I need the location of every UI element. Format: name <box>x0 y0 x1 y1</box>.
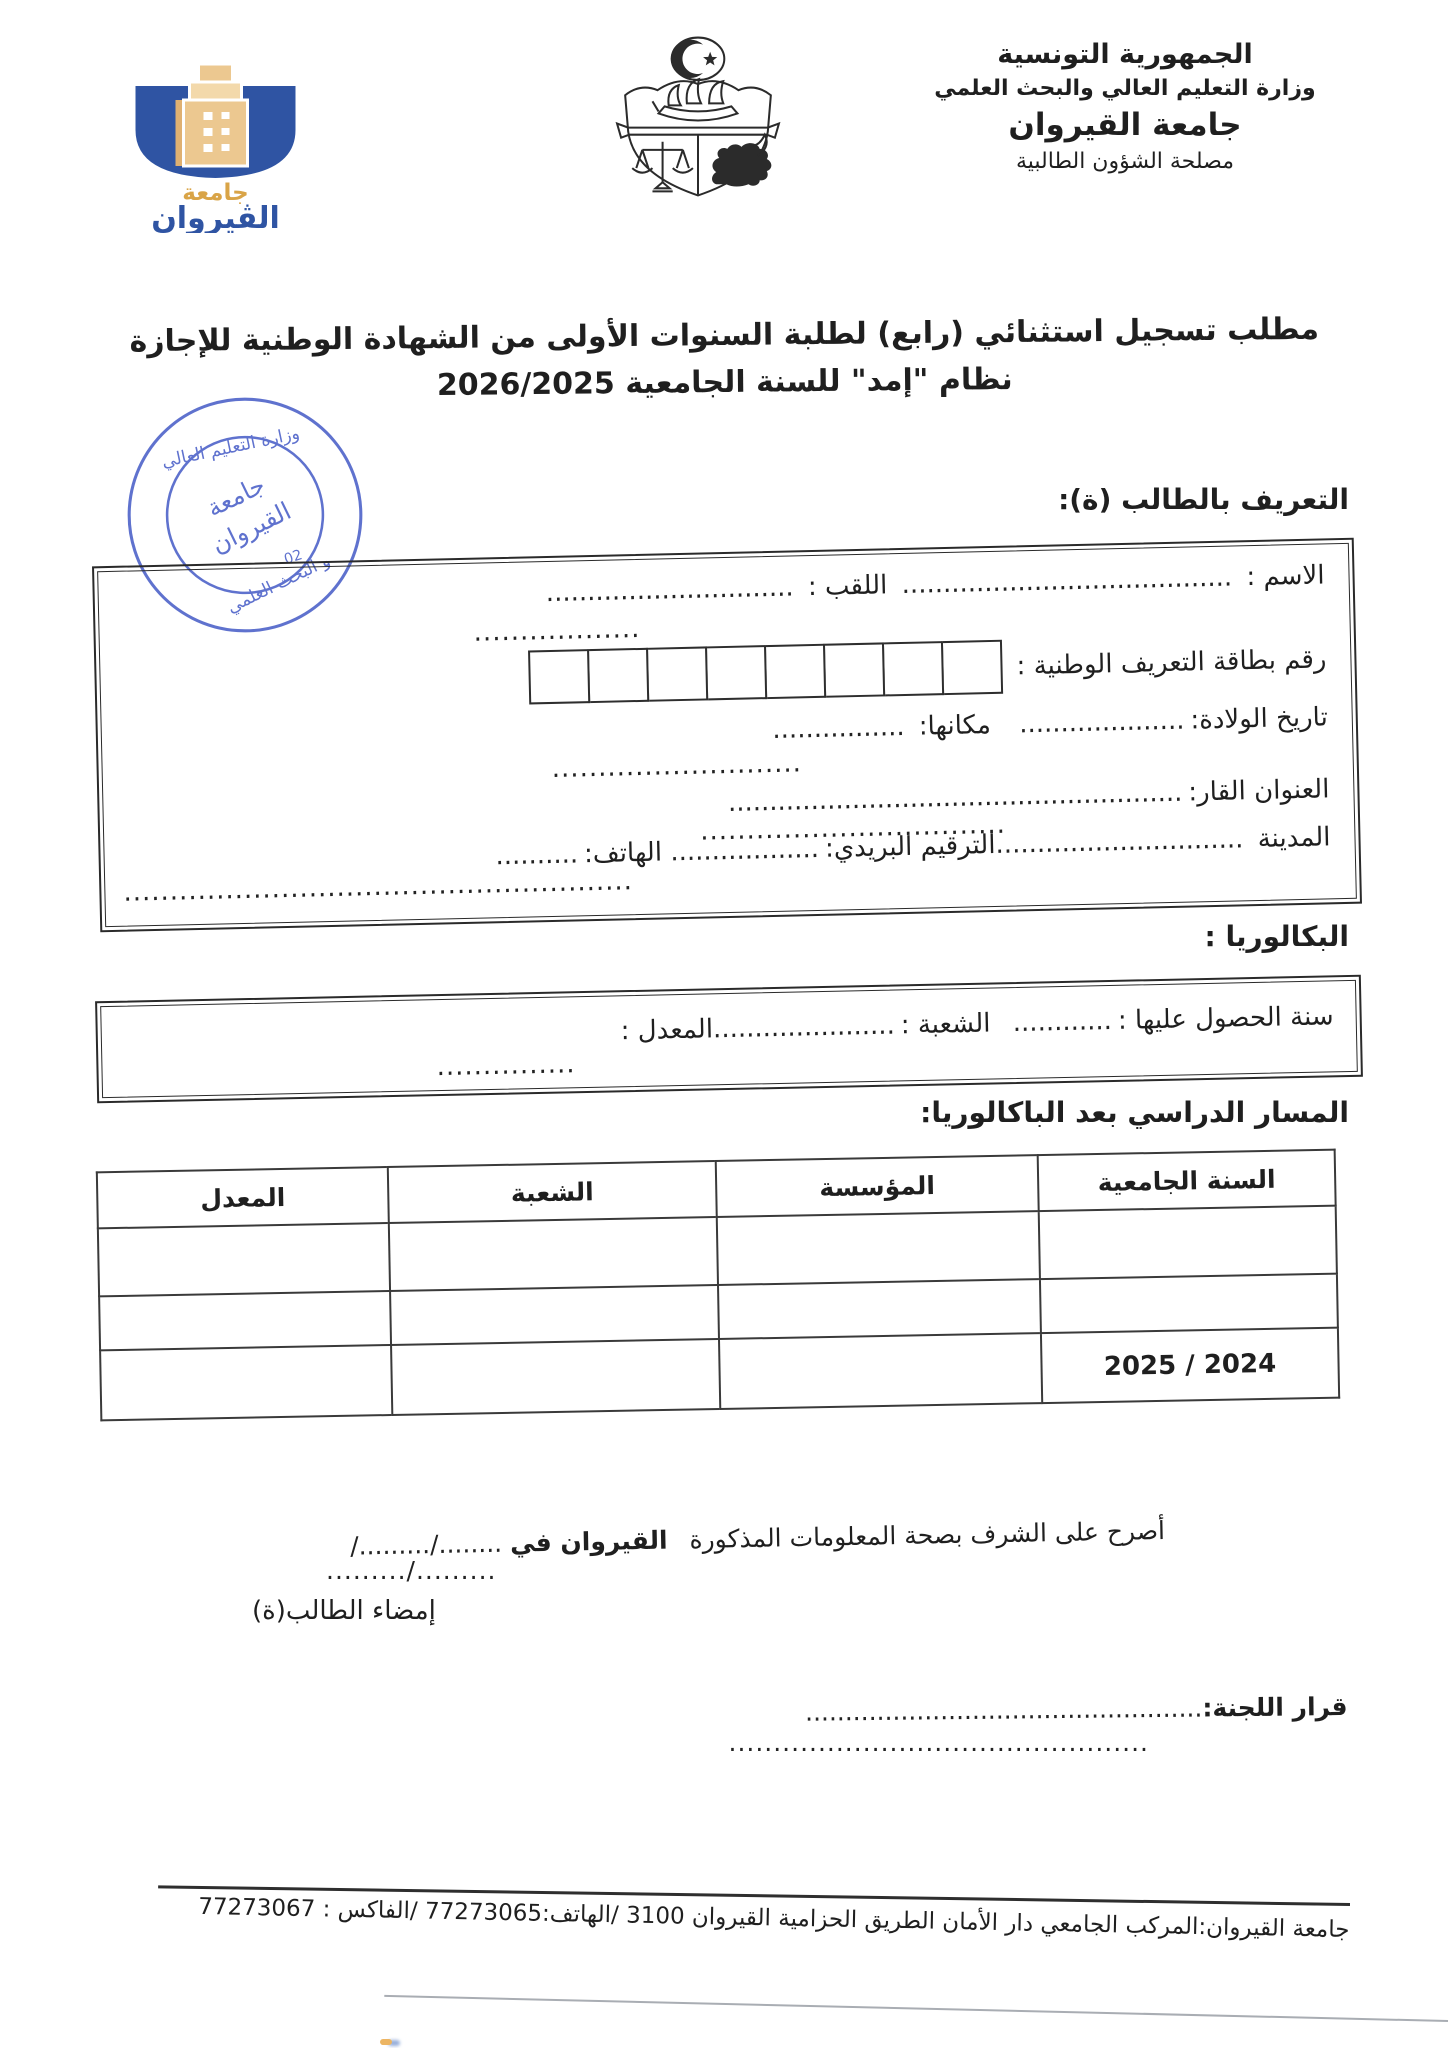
bac-average-dots-wrap: ............... <box>436 1049 576 1082</box>
name-dotted-field: ........................................ <box>901 563 1232 600</box>
name-row: الاسم : ................................… <box>545 560 1324 608</box>
bac-info-box: سنة الحصول عليها :............ الشعبة :.… <box>95 975 1363 1103</box>
student-section-heading: التعريف بالطالب (ة): <box>1058 483 1349 516</box>
university-of-kairouan-logo-icon: جامعة الڤيروان <box>98 58 333 233</box>
letterhead: الجمهورية التونسية وزارة التعليم العالي … <box>840 36 1410 177</box>
national-id-boxes <box>528 640 1003 705</box>
letterhead-republic: الجمهورية التونسية <box>840 36 1410 73</box>
city-label: المدينة <box>1257 822 1331 854</box>
bac-year-label: سنة الحصول عليها : <box>1118 1001 1334 1036</box>
cell-year <box>1040 1274 1338 1333</box>
cell-branch <box>390 1285 719 1345</box>
col-header-academic-year: السنة الجامعية <box>1038 1150 1336 1211</box>
cell-average <box>100 1345 392 1420</box>
cell-institution <box>718 1279 1041 1339</box>
city-dotted-field: .............................. <box>995 824 1244 860</box>
bac-year-dotted-field: ............ <box>1012 1006 1112 1038</box>
id-digit-box <box>823 642 885 697</box>
postal-code-dotted-field: .................. <box>670 834 819 867</box>
surname-dots-wrap: .................. <box>473 614 640 648</box>
birth-date-label: تاريخ الولادة: <box>1190 702 1328 735</box>
phone-label: الهاتف: <box>584 838 663 870</box>
col-header-average: المعدل <box>97 1167 389 1228</box>
address-row: العنوان القار:..........................… <box>728 774 1330 818</box>
student-info-box: الاسم : ................................… <box>92 538 1362 933</box>
declaration-city-date: القيروان في <box>510 1526 668 1558</box>
letterhead-ministry: وزارة التعليم العالي والبحث العلمي <box>840 73 1410 104</box>
birth-place-dots-wrap: ........................... <box>551 748 802 784</box>
declaration-text: أصرح على الشرف بصحة المعلومات المذكورة <box>689 1516 1165 1554</box>
cell-institution <box>719 1333 1042 1409</box>
bac-branch-dotted-field: ...................... <box>713 1011 895 1045</box>
phone-dots-wrap: ........................................… <box>123 866 633 908</box>
tunisia-coat-of-arms-icon <box>612 34 784 202</box>
committee-decision-label: قرار اللجنة: <box>1202 1692 1347 1723</box>
scanned-registration-form: جامعة الڤيروان <box>0 0 1449 2048</box>
id-digit-box <box>646 646 708 701</box>
birth-date-dotted-field: .................... <box>1019 706 1185 740</box>
birth-row: تاريخ الولادة:.................... مكانه… <box>772 702 1328 745</box>
student-signature-label: إمضاء الطالب(ة) <box>252 1596 436 1626</box>
letterhead-university: جامعة القيروان <box>840 104 1410 147</box>
national-id-label: رقم بطاقة التعريف الوطنية : <box>1016 644 1327 681</box>
cell-branch <box>389 1217 718 1291</box>
bac-row: سنة الحصول عليها :............ الشعبة :.… <box>614 1001 1334 1046</box>
bac-section-heading: البكالوريا : <box>1205 920 1350 953</box>
cell-year <box>1039 1206 1337 1279</box>
logo-word-bottom: الڤيروان <box>151 201 280 233</box>
id-digit-box <box>941 640 1003 695</box>
cell-average <box>98 1223 390 1296</box>
cell-year-2024-2025: 2025 / 2024 <box>1041 1328 1339 1403</box>
letterhead-service: مصلحة الشؤون الطالبية <box>840 147 1410 177</box>
national-id-row: رقم بطاقة التعريف الوطنية : <box>528 632 1327 704</box>
id-digit-box <box>764 644 826 699</box>
phone-dotted-field: .......... <box>495 839 578 871</box>
honor-declaration: أصرح على الشرف بصحة المعلومات المذكورة ا… <box>350 1516 1165 1561</box>
committee-decision-dots-wrap: ........................................… <box>729 1728 1150 1757</box>
address-label: العنوان القار: <box>1188 774 1330 807</box>
committee-decision-dotted-field: ........................................… <box>804 1694 1202 1727</box>
postal-code-label: الترقيم البريدي: <box>825 830 996 864</box>
col-header-branch: الشعبة <box>388 1161 717 1223</box>
cell-average <box>99 1291 391 1350</box>
id-digit-box <box>528 649 590 704</box>
scan-artifact <box>380 2039 392 2045</box>
birth-place-dotted-field: ................ <box>772 712 905 745</box>
academic-path-table: السنة الجامعية المؤسسة الشعبة المعدل 202… <box>96 1149 1340 1422</box>
cell-branch <box>391 1339 720 1415</box>
surname-dotted-field: .............................. <box>545 572 794 608</box>
stamp-ring-top-text: وزارة التعليم العالي <box>160 424 301 473</box>
birth-place-label: مكانها: <box>918 710 991 742</box>
cell-institution <box>717 1211 1040 1285</box>
id-digit-box <box>587 648 649 703</box>
bac-average-label: المعدل : <box>620 1014 713 1046</box>
declaration-date-dots-wrap: ........./......... <box>326 1556 496 1585</box>
id-digit-box <box>882 641 944 696</box>
committee-decision-line: قرار اللجنة:............................… <box>804 1692 1347 1727</box>
surname-label: اللقب : <box>808 570 888 602</box>
page-scan-edge-line <box>384 1995 1448 2022</box>
name-label: الاسم : <box>1246 560 1325 592</box>
id-digit-box <box>705 645 767 700</box>
col-header-institution: المؤسسة <box>716 1155 1039 1217</box>
path-section-heading: المسار الدراسي بعد الباكالوريا: <box>920 1096 1349 1129</box>
bac-branch-label: الشعبة : <box>900 1009 990 1041</box>
